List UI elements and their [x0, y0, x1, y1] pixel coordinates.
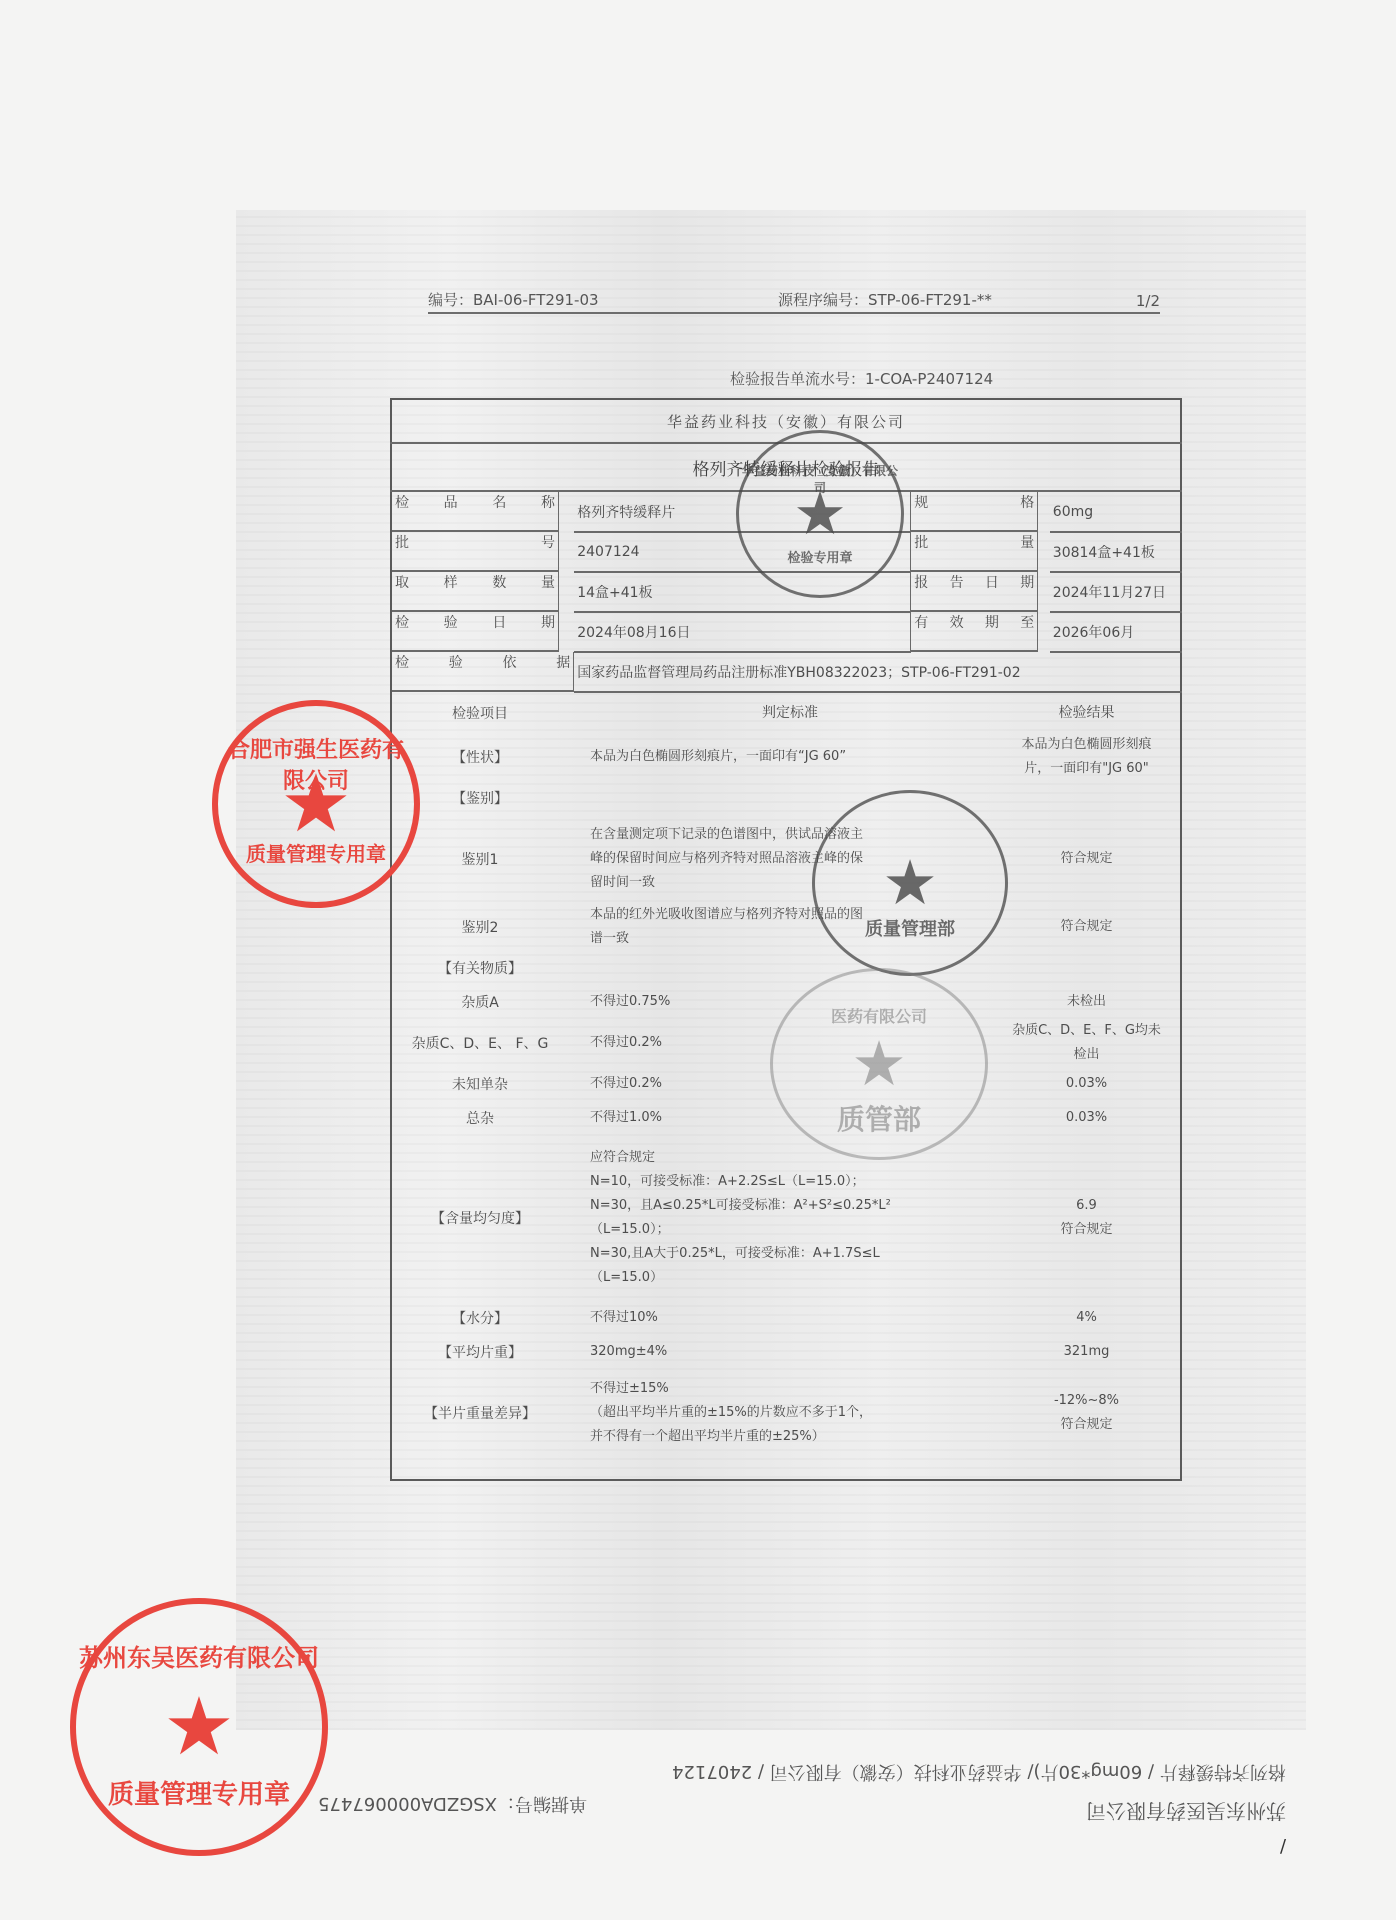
report-serial-number: 检验报告单流水号：1-COA-P2407124 [730, 368, 993, 389]
source-procedure-code: 源程序编号：STP-06-FT291-** [778, 289, 992, 310]
test-result: 4% [993, 1301, 1180, 1335]
test-items-table: 检验项目判定标准检验结果【性状】本品为白色椭圆形刻痕片，一面印有“JG 60”本… [392, 693, 1180, 1479]
info-label: 批量 [911, 532, 1038, 572]
test-item-row: 鉴别1在含量测定项下记录的色谱图中，供试品溶液主峰的保留时间应与格列齐特对照品溶… [392, 815, 1180, 903]
test-result: -12%~8%符合规定 [993, 1369, 1180, 1457]
info-value: 2407124 [574, 532, 911, 572]
test-standard: 不得过0.2% [568, 1067, 993, 1101]
test-standard: 在含量测定项下记录的色谱图中，供试品溶液主峰的保留时间应与格列齐特对照品溶液主峰… [568, 815, 993, 903]
column-header: 检验结果 [993, 693, 1180, 733]
test-item-row: 【性状】本品为白色椭圆形刻痕片，一面印有“JG 60”本品为白色椭圆形刻痕片，一… [392, 733, 1180, 781]
inspection-basis-row: 检验依据国家药品监督管理局药品注册标准YBH08322023；STP-06-FT… [391, 652, 1181, 692]
test-item-row: 鉴别2本品的红外光吸收图谱应与格列齐特对照品的图谱一致符合规定 [392, 903, 1180, 951]
test-item-row: 杂质A不得过0.75%未检出 [392, 985, 1180, 1019]
document-header: 编号：BAI-06-FT291-03 源程序编号：STP-06-FT291-**… [428, 288, 1160, 314]
test-result: 0.03% [993, 1101, 1180, 1135]
column-header: 判定标准 [568, 693, 993, 733]
info-label: 报告日期 [911, 572, 1038, 612]
info-row: 检验日期2024年08月16日有效期至2026年06月 [391, 612, 1181, 652]
test-item-row: 【水分】不得过10%4% [392, 1301, 1180, 1335]
column-header: 检验项目 [392, 693, 568, 733]
test-standard [568, 951, 993, 985]
info-label: 检验日期 [392, 612, 559, 652]
scan-edge-mark: / [1280, 1836, 1286, 1857]
test-standard: 本品的红外光吸收图谱应与格列齐特对照品的图谱一致 [568, 903, 993, 951]
test-item-row: 未知单杂不得过0.2%0.03% [392, 1067, 1180, 1101]
test-item-name: 【水分】 [392, 1301, 568, 1335]
test-standard: 不得过±15%（超出平均半片重的±15%的片数应不多于1个，并不得有一个超出平均… [568, 1369, 993, 1457]
info-value: 30814盒+41板 [1050, 532, 1181, 572]
test-result: 符合规定 [993, 903, 1180, 951]
test-item-row: 总杂不得过1.0%0.03% [392, 1101, 1180, 1135]
test-standard: 应符合规定N=10，可接受标准：A+2.2S≤L（L=15.0）；N=30，且A… [568, 1135, 993, 1301]
info-label: 检品名称 [392, 492, 559, 532]
flipped-line-doc-number: 单据编号：XSGZDA000067475 [318, 1792, 587, 1818]
test-standard: 不得过1.0% [568, 1101, 993, 1135]
star-icon: ★ [163, 1687, 235, 1767]
test-item-name: 【鉴别】 [392, 781, 568, 815]
report-title: 格列齐特缓释片检验报告 [391, 443, 1181, 491]
test-item-row: 【有关物质】 [392, 951, 1180, 985]
test-item-name: 杂质C、D、E、 F、G [392, 1019, 568, 1067]
document-code: 编号：BAI-06-FT291-03 [428, 289, 599, 310]
info-value: 14盒+41板 [574, 572, 911, 612]
info-value: 格列齐特缓释片 [574, 491, 911, 532]
test-result: 本品为白色椭圆形刻痕片，一面印有"JG 60" [993, 733, 1180, 781]
test-standard: 不得过10% [568, 1301, 993, 1335]
test-item-name: 鉴别1 [392, 815, 568, 903]
test-standard: 不得过0.2% [568, 1019, 993, 1067]
test-result [993, 781, 1180, 815]
test-result: 321mg [993, 1335, 1180, 1369]
info-label: 规格 [911, 492, 1038, 532]
info-row: 取样数量14盒+41板报告日期2024年11月27日 [391, 572, 1181, 612]
test-item-name: 【有关物质】 [392, 951, 568, 985]
test-result [993, 951, 1180, 985]
info-value: 60mg [1050, 491, 1181, 532]
test-item-name: 杂质A [392, 985, 568, 1019]
test-item-name: 鉴别2 [392, 903, 568, 951]
test-item-name: 【含量均匀度】 [392, 1135, 568, 1301]
test-item-name: 【性状】 [392, 733, 568, 781]
test-standard [568, 781, 993, 815]
page-number: 1/2 [1136, 292, 1160, 310]
test-result: 符合规定 [993, 815, 1180, 903]
test-item-row: 【平均片重】320mg±4%321mg [392, 1335, 1180, 1369]
info-label: 批号 [392, 532, 559, 572]
test-result: 6.9符合规定 [993, 1135, 1180, 1301]
test-item-name: 【半片重量差异】 [392, 1369, 568, 1457]
test-item-row: 【半片重量差异】不得过±15%（超出平均半片重的±15%的片数应不多于1个，并不… [392, 1369, 1180, 1457]
info-value: 2026年06月 [1050, 612, 1181, 652]
test-standard: 本品为白色椭圆形刻痕片，一面印有“JG 60” [568, 733, 993, 781]
inspection-basis-value: 国家药品监督管理局药品注册标准YBH08322023；STP-06-FT291-… [574, 652, 1181, 692]
info-label: 有效期至 [911, 612, 1038, 652]
info-label: 取样数量 [392, 572, 559, 612]
test-item-name: 未知单杂 [392, 1067, 568, 1101]
info-row: 检品名称格列齐特缓释片规格60mg [391, 491, 1181, 532]
flipped-line-company: 苏州东吴医药有限公司 [1086, 1798, 1286, 1827]
test-item-row: 【鉴别】 [392, 781, 1180, 815]
info-label: 检验依据 [392, 652, 574, 692]
test-result: 未检出 [993, 985, 1180, 1019]
test-result: 0.03% [993, 1067, 1180, 1101]
test-standard: 不得过0.75% [568, 985, 993, 1019]
test-item-name: 【平均片重】 [392, 1335, 568, 1369]
test-item-row: 杂质C、D、E、 F、G不得过0.2%杂质C、D、E、F、G均未检出 [392, 1019, 1180, 1067]
info-value: 2024年11月27日 [1050, 572, 1181, 612]
company-name: 华益药业科技（安徽）有限公司 [391, 399, 1181, 443]
test-standard: 320mg±4% [568, 1335, 993, 1369]
test-result: 杂质C、D、E、F、G均未检出 [993, 1019, 1180, 1067]
test-item-name: 总杂 [392, 1101, 568, 1135]
test-item-row: 【含量均匀度】应符合规定N=10，可接受标准：A+2.2S≤L（L=15.0）；… [392, 1135, 1180, 1301]
info-row: 批号2407124批量30814盒+41板 [391, 532, 1181, 572]
info-value: 2024年08月16日 [574, 612, 911, 652]
inspection-report-table: 华益药业科技（安徽）有限公司 格列齐特缓释片检验报告 检品名称格列齐特缓释片规格… [390, 398, 1182, 1481]
flipped-line-product: 格列齐特缓释片 / 60mg*30片)/ 华益药业科技（安徽）有限公司 / 24… [672, 1760, 1286, 1786]
